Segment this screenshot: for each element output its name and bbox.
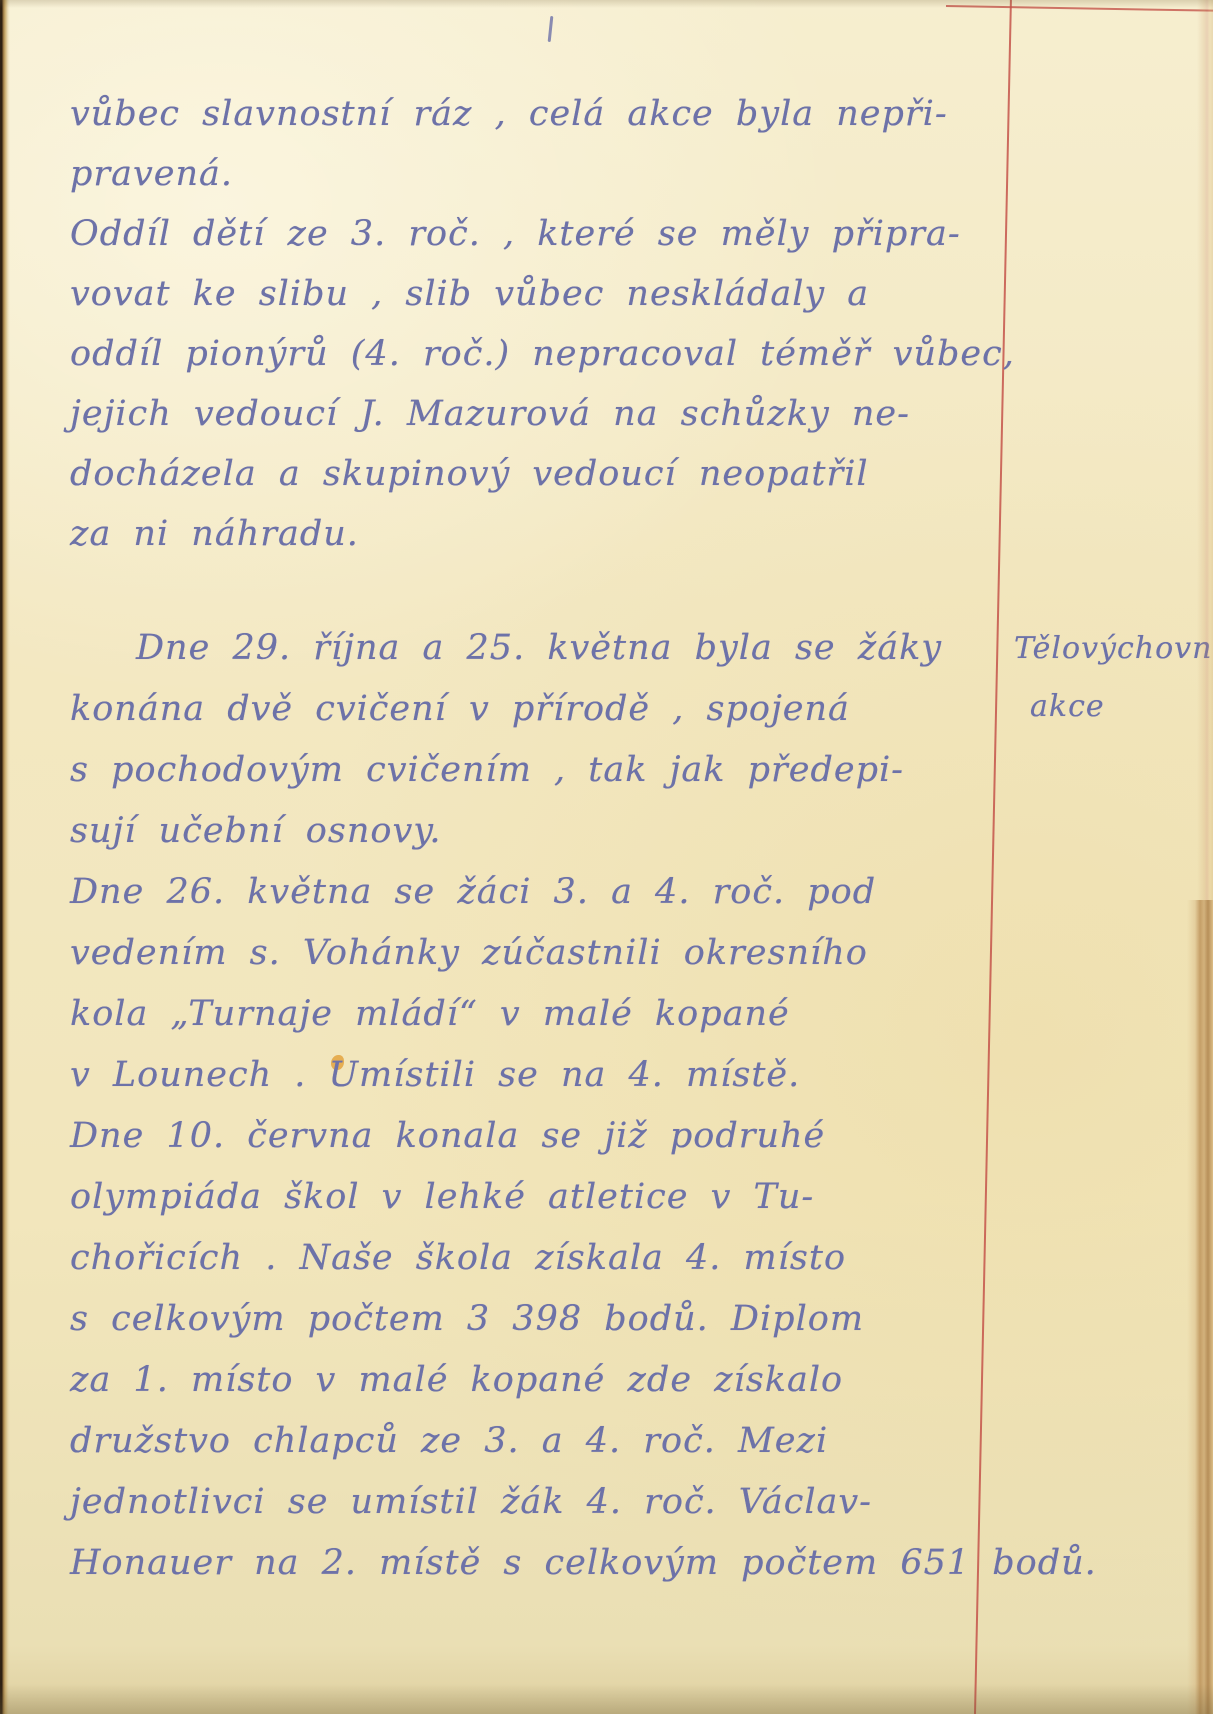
handwritten-line: za ni náhradu.	[70, 504, 1015, 564]
paragraph-telovychovne-akce: Dne 29. října a 25. května byla se žáky …	[70, 618, 1097, 1594]
handwritten-line: chořicích . Naše škola získala 4. místo	[70, 1228, 1097, 1289]
handwritten-line: Dne 26. května se žáci 3. a 4. roč. pod	[70, 862, 1097, 923]
handwritten-line: olympiáda škol v lehké atletice v Tu-	[70, 1167, 1097, 1228]
handwritten-line: za 1. místo v malé kopané zde získalo	[70, 1350, 1097, 1411]
handwritten-line: docházela a skupinový vedoucí neopatřil	[70, 444, 1015, 504]
handwritten-line: družstvo chlapců ze 3. a 4. roč. Mezi	[70, 1411, 1097, 1472]
handwritten-line: Oddíl dětí ze 3. roč. , které se měly př…	[70, 204, 1015, 264]
page-stack-edge-top	[1197, 0, 1213, 900]
handwritten-line: vůbec slavnostní ráz , celá akce byla ne…	[70, 84, 1015, 144]
handwritten-line: s pochodovým cvičením , tak jak předepi-	[70, 740, 1097, 801]
paragraph-slavnostni-raz: vůbec slavnostní ráz , celá akce byla ne…	[70, 84, 1015, 564]
handwritten-line: sují učební osnovy.	[70, 801, 1097, 862]
handwritten-line: v Lounech . Umístili se na 4. místě.	[70, 1045, 1097, 1106]
handwritten-line: jednotlivci se umístil žák 4. roč. Václa…	[70, 1472, 1097, 1533]
handwritten-line: konána dvě cvičení v přírodě , spojená	[70, 679, 1097, 740]
handwritten-line: pravená.	[70, 144, 1015, 204]
page-bottom-shadow	[0, 1684, 1213, 1714]
handwritten-line: Dne 29. října a 25. května byla se žáky	[70, 618, 1097, 679]
handwritten-line: kola „Turnaje mládí“ v malé kopané	[70, 984, 1097, 1045]
handwritten-line: s celkovým počtem 3 398 bodů. Diplom	[70, 1289, 1097, 1350]
handwritten-line: Dne 10. června konala se již podruhé	[70, 1106, 1097, 1167]
handwritten-line: Honauer na 2. místě s celkovým počtem 65…	[70, 1533, 1097, 1594]
page-top-shadow	[0, 0, 1213, 8]
handwritten-line: jejich vedoucí J. Mazurová na schůzky ne…	[70, 384, 1015, 444]
margin-note-line: Tělovýchovné	[1014, 620, 1213, 678]
handwritten-line: vovat ke slibu , slib vůbec neskládaly a	[70, 264, 1015, 324]
chronicle-page: vůbec slavnostní ráz , celá akce byla ne…	[0, 0, 1213, 1714]
pen-mark	[548, 16, 554, 42]
margin-note: Tělovýchovné akce	[1014, 620, 1213, 736]
handwritten-line: vedením s. Vohánky zúčastnili okresního	[70, 923, 1097, 984]
page-stack-edge-bottom	[1187, 900, 1213, 1714]
handwritten-line: oddíl pionýrů (4. roč.) nepracoval téměř…	[70, 324, 1015, 384]
margin-note-line: akce	[1014, 678, 1213, 736]
binding-edge	[0, 0, 10, 1714]
